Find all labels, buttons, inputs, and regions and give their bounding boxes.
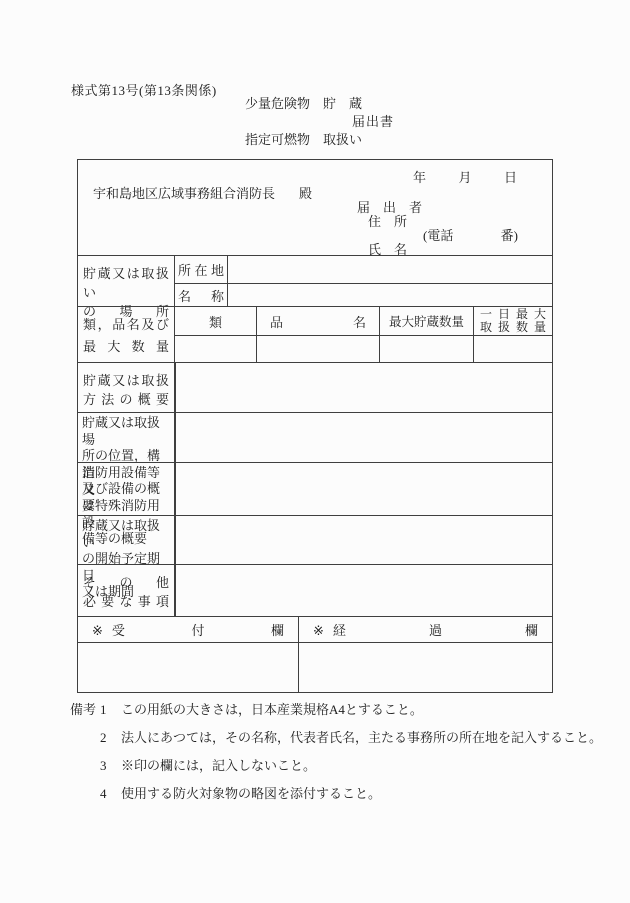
progress-char1: 経 <box>333 623 346 638</box>
row-site: 所在地 <box>175 256 552 283</box>
place-name-label: 名称 <box>178 286 224 305</box>
daily-max-header-cell: 一日最大 取扱数量 <box>473 307 552 335</box>
other-label-line1: その他 <box>83 572 169 591</box>
remark-1-text: この用紙の大きさは，日本産業規格A4とすること。 <box>121 702 626 717</box>
other-label-line2: 必要な事項 <box>83 591 169 610</box>
row-schedule: 貯蔵又は取扱い の開始予定期日 又は期間 <box>78 515 552 564</box>
schedule-value-cell <box>175 516 552 564</box>
category-header-row: 類 品 名 最大貯蔵数量 一日最大 取扱数量 <box>175 307 552 335</box>
remark-2-text: 法人にあつては，その名称，代表者氏名，主たる事務所の所在地を記入すること。 <box>121 730 626 745</box>
site-value-cell <box>227 256 552 283</box>
schedule-label-cell: 貯蔵又は取扱い の開始予定期日 又は期間 <box>78 516 175 564</box>
equipment-value-cell <box>175 463 552 515</box>
addressee-name: 宇和島地区広域事務組合消防長 <box>93 186 275 201</box>
row-position: 貯蔵又は取扱場 所の位置，構造 及び設備の概要 <box>78 412 552 462</box>
row-category: 類，品名及び 最大数量 類 品 名 最大貯蔵数量 一日最大 取扱数量 <box>78 306 552 362</box>
row-name: 名称 <box>175 283 552 307</box>
schedule-label-line1: 貯蔵又は取扱い <box>82 518 170 551</box>
remark-4-text: 使用する防火対象物の略図を添付すること。 <box>121 786 626 801</box>
addressee-line: 宇和島地区広域事務組合消防長殿 <box>93 183 312 202</box>
row-stamp-header: ※受 付 欄 ※経 過 欄 <box>78 616 552 642</box>
phone-open-label: (電話 <box>423 225 453 244</box>
remark-2-number: 2 <box>100 730 121 745</box>
name-label-cell: 名称 <box>175 284 227 307</box>
document-page: 様式第13号(第13条関係) 少量危険物 貯 蔵 届出書 指定可燃物 取扱い 年… <box>0 0 630 903</box>
remarks-block: 備考 1 この用紙の大きさは，日本産業規格A4とすること。 2 法人にあつては，… <box>70 702 626 814</box>
category-value-row <box>175 335 552 362</box>
category-label-cell: 類，品名及び 最大数量 <box>78 307 175 362</box>
notification-form-table: 年 月 日 宇和島地区広域事務組合消防長殿 届 出 者 住 所 (電話 番) 氏… <box>77 159 553 693</box>
remark-4-number: 4 <box>100 786 121 801</box>
remark-3-text: ※印の欄には，記入しないこと。 <box>121 758 626 773</box>
daily-max-line2: 取扱数量 <box>480 321 546 335</box>
received-value-cell <box>78 643 298 692</box>
received-mark: ※ <box>92 623 103 638</box>
phone-close-label: 番) <box>501 225 518 244</box>
method-value-cell <box>175 363 552 412</box>
progress-header-cell: ※経 過 欄 <box>298 617 552 642</box>
site-label: 所在地 <box>178 260 224 279</box>
place-label-cell: 貯蔵又は取扱い の場所 <box>78 256 175 306</box>
remark-1-number: 1 <box>100 702 121 717</box>
row-place: 貯蔵又は取扱い の場所 所在地 名称 <box>78 255 552 306</box>
method-label-cell: 貯蔵又は取扱 方法の概要 <box>78 363 175 412</box>
equipment-label-line1: 消防用設備等又 <box>82 465 170 498</box>
row-stamp-body <box>78 642 552 692</box>
product-header-cell: 品 名 <box>256 307 379 335</box>
max-storage-value-cell <box>379 336 473 362</box>
position-label-line1: 貯蔵又は取扱場 <box>82 415 170 448</box>
progress-header-left: ※経 <box>313 620 346 639</box>
title-storage-line: 少量危険物 貯 蔵 <box>245 96 362 111</box>
progress-char2: 過 <box>429 620 442 639</box>
remark-row-2: 2 法人にあつては，その名称，代表者氏名，主たる事務所の所在地を記入すること。 <box>70 730 626 758</box>
method-label-line1: 貯蔵又は取扱 <box>83 370 169 389</box>
remark-row-4: 4 使用する防火対象物の略図を添付すること。 <box>70 786 626 814</box>
title-handling-line: 指定可燃物 取扱い <box>245 132 362 147</box>
equipment-label-cell: 消防用設備等又 は特殊消防用設 備等の概要 <box>78 463 175 515</box>
class-header-cell: 類 <box>175 307 256 335</box>
other-value-cell <box>175 565 552 616</box>
category-label-line2: 最大数量 <box>83 336 169 355</box>
daily-max-value-cell <box>473 336 552 362</box>
form-header-block: 年 月 日 宇和島地区広域事務組合消防長殿 届 出 者 住 所 (電話 番) 氏… <box>78 160 552 255</box>
product-value-cell <box>256 336 379 362</box>
received-char3: 欄 <box>271 620 284 639</box>
received-header-cell: ※受 付 欄 <box>78 617 298 642</box>
form-number: 様式第13号(第13条関係) <box>71 83 217 98</box>
remarks-label: 備考 <box>70 702 100 717</box>
position-label-cell: 貯蔵又は取扱場 所の位置，構造 及び設備の概要 <box>78 413 175 462</box>
max-storage-header-cell: 最大貯蔵数量 <box>379 307 473 335</box>
phone-line: (電話 番) <box>423 225 518 244</box>
site-label-cell: 所在地 <box>175 256 227 283</box>
category-label-line1: 類，品名及び <box>83 314 169 333</box>
honorific: 殿 <box>299 186 312 201</box>
address-label: 住 所 <box>368 211 407 230</box>
received-char2: 付 <box>191 620 204 639</box>
date-day-label: 日 <box>504 167 517 186</box>
received-header-left: ※受 <box>92 620 125 639</box>
method-label-line2: 方法の概要 <box>83 389 169 408</box>
title-notification: 届出書 <box>352 114 394 129</box>
date-year-label: 年 <box>413 167 426 186</box>
received-char1: 受 <box>112 623 125 638</box>
date-month-label: 月 <box>458 167 471 186</box>
position-value-cell <box>175 413 552 462</box>
row-other: その他 必要な事項 <box>78 564 552 616</box>
progress-value-cell <box>298 643 552 692</box>
remark-row-3: 3 ※印の欄には，記入しないこと。 <box>70 758 626 786</box>
date-line: 年 月 日 <box>413 167 517 186</box>
place-label-line1: 貯蔵又は取扱い <box>83 263 169 301</box>
remark-3-number: 3 <box>100 758 121 773</box>
product-header-right: 名 <box>353 312 366 331</box>
daily-max-line1: 一日最大 <box>480 308 546 322</box>
product-header-left: 品 <box>270 312 283 331</box>
progress-char3: 欄 <box>525 620 538 639</box>
name-label: 氏 名 <box>368 239 407 258</box>
class-value-cell <box>175 336 256 362</box>
progress-mark: ※ <box>313 623 324 638</box>
row-method: 貯蔵又は取扱 方法の概要 <box>78 362 552 412</box>
row-equipment: 消防用設備等又 は特殊消防用設 備等の概要 <box>78 462 552 515</box>
remark-row-1: 備考 1 この用紙の大きさは，日本産業規格A4とすること。 <box>70 702 626 730</box>
other-label-cell: その他 必要な事項 <box>78 565 175 616</box>
place-name-value-cell <box>227 284 552 307</box>
